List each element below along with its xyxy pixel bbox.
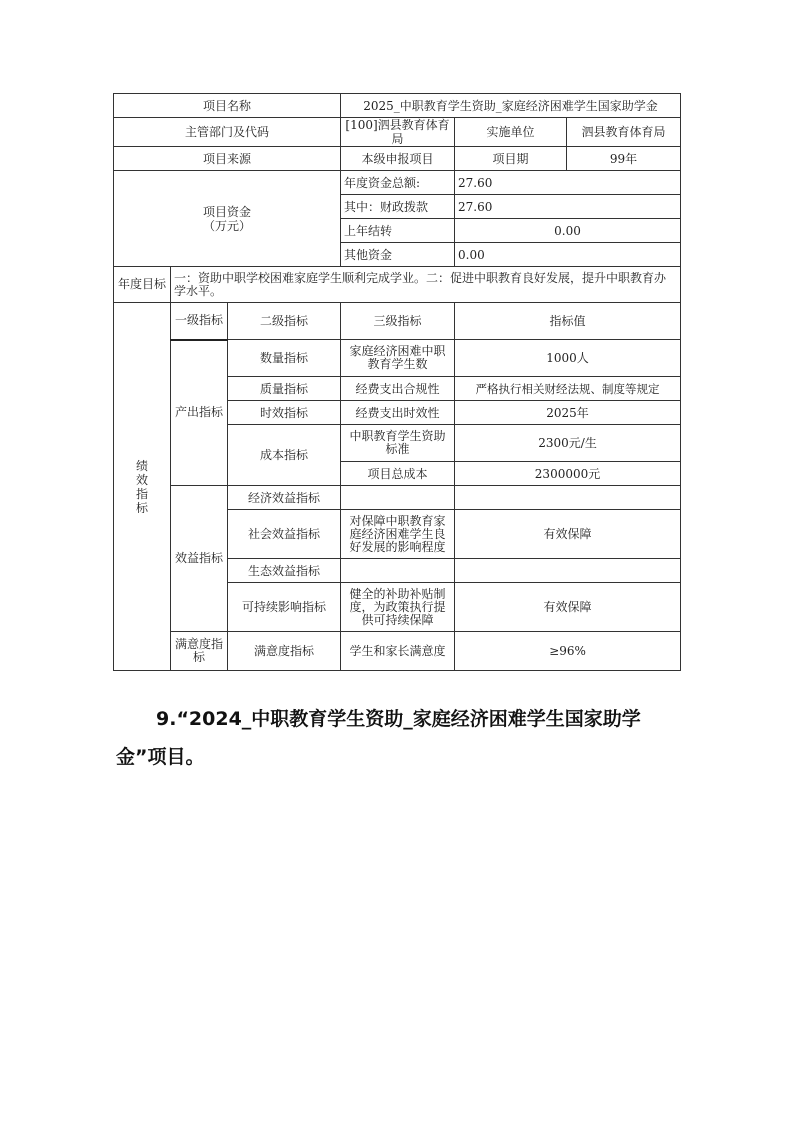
perf-indicators-label: 绩效指标 (114, 303, 171, 671)
funds-total-value: 27.60 (455, 171, 681, 195)
row-annual-goal: 年度目标 一：资助中职学校困难家庭学生顺利完成学业。二：促进中职教育良好发展，提… (114, 267, 681, 303)
header-level2: 二级指标 (228, 303, 341, 340)
satisfaction-l3: 学生和家长满意度 (341, 632, 455, 671)
sustainable-l3: 健全的补助补贴制度，为政策执行提供可持续保障 (341, 583, 455, 632)
economic-l3 (341, 486, 455, 510)
source-value: 本级申报项目 (341, 147, 455, 171)
funds-total-label: 年度资金总额: (341, 171, 455, 195)
quality-l2: 质量指标 (228, 377, 341, 401)
sustainable-value: 有效保障 (455, 583, 681, 632)
annual-goal-label: 年度目标 (114, 267, 171, 303)
dept-value: [100]泗县教育体育局 (341, 118, 455, 147)
funds-label-line1: 项目资金 (117, 205, 337, 219)
period-label: 项目期 (455, 147, 567, 171)
section-heading: 9.“2024_中职教育学生资助_家庭经济困难学生国家助学金”项目。 (116, 700, 686, 776)
benefit-indicators-group: 效益指标 (171, 486, 228, 632)
funds-label: 项目资金 （万元） (114, 171, 341, 267)
impl-unit-label: 实施单位 (455, 118, 567, 147)
sustainable-l2: 可持续影响指标 (228, 583, 341, 632)
funds-other-label: 其他资金 (341, 243, 455, 267)
funds-carryover-value: 0.00 (455, 219, 681, 243)
source-label: 项目来源 (114, 147, 341, 171)
quality-value: 严格执行相关财经法规、制度等规定 (455, 377, 681, 401)
funds-carryover-label: 上年结转 (341, 219, 455, 243)
impl-unit-value: 泗县教育体育局 (567, 118, 681, 147)
cost-standard-value: 2300元/生 (455, 425, 681, 462)
row-indicator-headers: 绩效指标 一级指标 二级指标 三级指标 指标值 (114, 303, 681, 340)
satisfaction-indicators-group: 满意度指标 (171, 632, 228, 671)
social-l2: 社会效益指标 (228, 510, 341, 559)
quantity-l2: 数量指标 (228, 340, 341, 377)
cost-l2: 成本指标 (228, 425, 341, 486)
section-heading-text: 9.“2024_中职教育学生资助_家庭经济困难学生国家助学金”项目。 (116, 708, 641, 768)
quantity-value: 1000人 (455, 340, 681, 377)
quality-l3: 经费支出合规性 (341, 377, 455, 401)
perf-indicators-text: 绩效指标 (135, 459, 149, 515)
cost-standard-l3: 中职教育学生资助标准 (341, 425, 455, 462)
timeliness-l2: 时效指标 (228, 401, 341, 425)
annual-goal-text: 一：资助中职学校困难家庭学生顺利完成学业。二：促进中职教育良好发展，提升中职教育… (171, 267, 681, 303)
row-dept: 主管部门及代码 [100]泗县教育体育局 实施单位 泗县教育体育局 (114, 118, 681, 147)
quantity-l3: 家庭经济困难中职教育学生数 (341, 340, 455, 377)
ecological-value (455, 559, 681, 583)
economic-value (455, 486, 681, 510)
row-funds-total: 项目资金 （万元） 年度资金总额: 27.60 (114, 171, 681, 195)
economic-l2: 经济效益指标 (228, 486, 341, 510)
project-name-label: 项目名称 (114, 94, 341, 118)
cost-total-l3: 项目总成本 (341, 462, 455, 486)
row-source: 项目来源 本级申报项目 项目期 99年 (114, 147, 681, 171)
row-economic: 效益指标 经济效益指标 (114, 486, 681, 510)
row-project-name: 项目名称 2025_中职教育学生资助_家庭经济困难学生国家助学金 (114, 94, 681, 118)
header-level1: 一级指标 (171, 303, 228, 340)
performance-target-table: 项目名称 2025_中职教育学生资助_家庭经济困难学生国家助学金 主管部门及代码… (113, 93, 681, 671)
ecological-l2: 生态效益指标 (228, 559, 341, 583)
social-value: 有效保障 (455, 510, 681, 559)
funds-other-value: 0.00 (455, 243, 681, 267)
row-quantity: 产出指标 数量指标 家庭经济困难中职教育学生数 1000人 (114, 340, 681, 377)
ecological-l3 (341, 559, 455, 583)
cost-total-value: 2300000元 (455, 462, 681, 486)
social-l3: 对保障中职教育家庭经济困难学生良好发展的影响程度 (341, 510, 455, 559)
satisfaction-value: ≥96% (455, 632, 681, 671)
satisfaction-l2: 满意度指标 (228, 632, 341, 671)
timeliness-value: 2025年 (455, 401, 681, 425)
period-value: 99年 (567, 147, 681, 171)
funds-label-line2: （万元） (117, 219, 337, 233)
dept-label: 主管部门及代码 (114, 118, 341, 147)
timeliness-l3: 经费支出时效性 (341, 401, 455, 425)
header-level3: 三级指标 (341, 303, 455, 340)
funds-fiscal-value: 27.60 (455, 195, 681, 219)
project-name-value: 2025_中职教育学生资助_家庭经济困难学生国家助学金 (341, 94, 681, 118)
header-value: 指标值 (455, 303, 681, 340)
row-satisfaction: 满意度指标 满意度指标 学生和家长满意度 ≥96% (114, 632, 681, 671)
output-indicators-group: 产出指标 (171, 340, 228, 486)
document-page: 项目名称 2025_中职教育学生资助_家庭经济困难学生国家助学金 主管部门及代码… (0, 0, 793, 1122)
funds-fiscal-label: 其中：财政拨款 (341, 195, 455, 219)
